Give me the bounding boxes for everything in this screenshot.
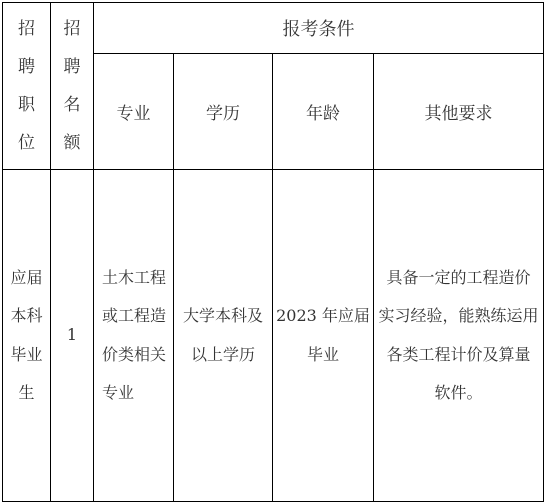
table-row: 应届 本科 毕业 生 1 土木工程 或工程造 价类相关 专业 大学本科及 以上学… xyxy=(3,170,544,502)
cell-other: 具备一定的工程造价 实习经验，能熟练运用 各类工程计价及算量 软件。 xyxy=(374,170,544,502)
cell-position: 应届 本科 毕业 生 xyxy=(3,170,51,502)
cell-age: 2023 年应届 毕业 xyxy=(273,170,374,502)
header-other: 其他要求 xyxy=(374,54,544,170)
header-quota: 招聘名额 xyxy=(51,3,94,170)
cell-quota: 1 xyxy=(51,170,94,502)
recruitment-table: 招聘职位 招聘名额 报考条件 专业 学历 年龄 其他要求 应届 本科 毕业 生 … xyxy=(2,2,544,502)
header-major: 专业 xyxy=(94,54,174,170)
header-age: 年龄 xyxy=(273,54,374,170)
header-position-label: 招聘职位 xyxy=(15,10,37,163)
cell-education: 大学本科及 以上学历 xyxy=(174,170,273,502)
header-education: 学历 xyxy=(174,54,273,170)
header-row-top: 招聘职位 招聘名额 报考条件 xyxy=(3,3,544,54)
header-conditions: 报考条件 xyxy=(94,3,544,54)
header-quota-label: 招聘名额 xyxy=(61,10,83,163)
cell-major: 土木工程 或工程造 价类相关 专业 xyxy=(94,170,174,502)
header-position: 招聘职位 xyxy=(3,3,51,170)
